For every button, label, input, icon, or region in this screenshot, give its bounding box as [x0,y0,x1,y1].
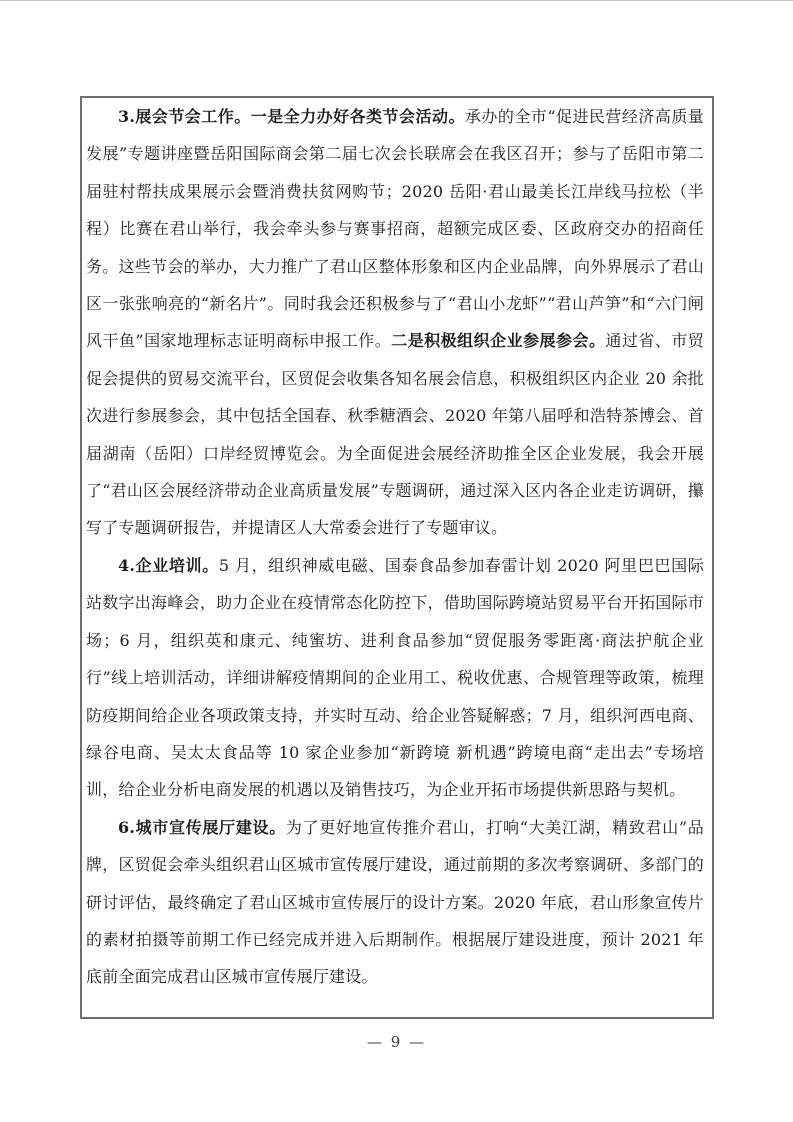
paragraph: 6.城市宣传展厅建设。为了更好地宣传推介君山，打响“大美江湖，精致君山”品牌，区… [86,809,704,996]
paragraph: 4.企业培训。5 月，组织神威电磁、国泰食品参加春雷计划 2020 阿里巴巴国际… [86,547,704,809]
paragraph-text-run: 通过省、市贸促会提供的贸易交流平台，区贸促会收集各知名展会信息，积极组织区内企业… [86,331,704,537]
paragraph-text-run: 5 月，组织神威电磁、国泰食品参加春雷计划 2020 阿里巴巴国际站数字出海峰会… [86,556,704,799]
paragraph-text-run: 承办的全市“促进民营经济高质量发展”专题讲座暨岳阳国际商会第二届七次会长联席会在… [86,107,704,350]
paragraph-heading-run: 3.展会节会工作。一是全力办好各类节会活动。 [118,107,465,126]
document-body: 3.展会节会工作。一是全力办好各类节会活动。承办的全市“促进民营经济高质量发展”… [86,98,704,996]
page-number: — 9 — [0,1033,793,1051]
paragraph-heading-run: 二是积极组织企业参展参会。 [391,331,605,350]
page-border: 3.展会节会工作。一是全力办好各类节会活动。承办的全市“促进民营经济高质量发展”… [80,96,714,1019]
document-page: { "page": { "footer": "— 9 —" }, "docume… [0,0,793,1122]
paragraph-text-run: 为了更好地宣传推介君山，打响“大美江湖，精致君山”品牌，区贸促会牵头组织君山区城… [86,818,704,987]
paragraph-heading-run: 6.城市宣传展厅建设。 [118,818,286,837]
paragraph: 3.展会节会工作。一是全力办好各类节会活动。承办的全市“促进民营经济高质量发展”… [86,98,704,547]
paragraph-heading-run: 4.企业培训。 [118,556,219,575]
